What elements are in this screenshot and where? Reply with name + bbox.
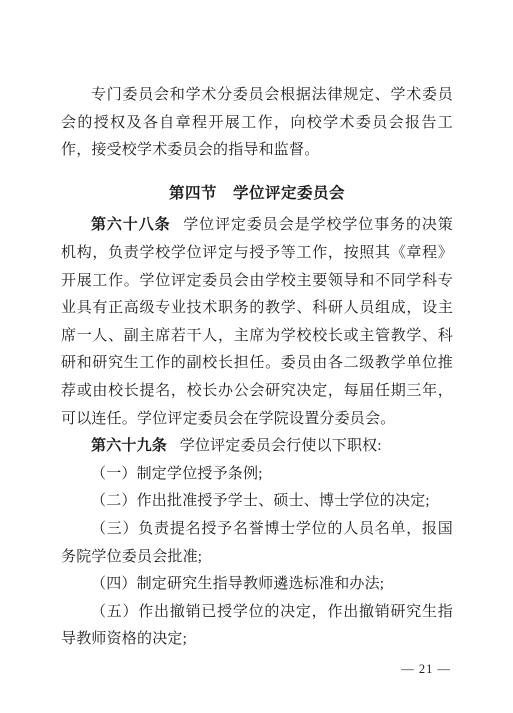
list-item-5: （五）作出撤销已授学位的决定，作出撤销研究生指导教师资格的决定; <box>61 599 453 654</box>
page-content: 专门委员会和学术分委员会根据法律规定、学术委员会的授权及各自章程开展工作，向校学… <box>61 82 453 654</box>
list-item-1: （一）制定学位授予条例; <box>61 461 453 489</box>
article-69-number: 第六十九条 <box>91 438 167 454</box>
list-item-3: （三）负责提名授予名誉博士学位的人员名单，报国务院学位委员会批准; <box>61 516 453 571</box>
article-68-text: 学位评定委员会是学校学位事务的决策机构，负责学校学位评定与授予等工作，按照其《章… <box>61 217 453 426</box>
list-item-2: （二）作出批准授予学士、硕士、博士学位的决定; <box>61 488 453 516</box>
document-page: 专门委员会和学术分委员会根据法律规定、学术委员会的授权及各自章程开展工作，向校学… <box>0 0 513 713</box>
article-68-number: 第六十八条 <box>91 217 171 233</box>
article-69-text: 学位评定委员会行使以下职权: <box>180 438 382 454</box>
article-69: 第六十九条学位评定委员会行使以下职权: <box>61 433 453 461</box>
page-number: — 21 — <box>401 662 451 677</box>
intro-paragraph: 专门委员会和学术分委员会根据法律规定、学术委员会的授权及各自章程开展工作，向校学… <box>61 82 453 165</box>
list-item-4: （四）制定研究生指导教师遴选标准和办法; <box>61 571 453 599</box>
article-68: 第六十八条学位评定委员会是学校学位事务的决策机构，负责学校学位评定与授予等工作，… <box>61 212 453 433</box>
section-heading: 第四节 学位评定委员会 <box>61 180 453 208</box>
